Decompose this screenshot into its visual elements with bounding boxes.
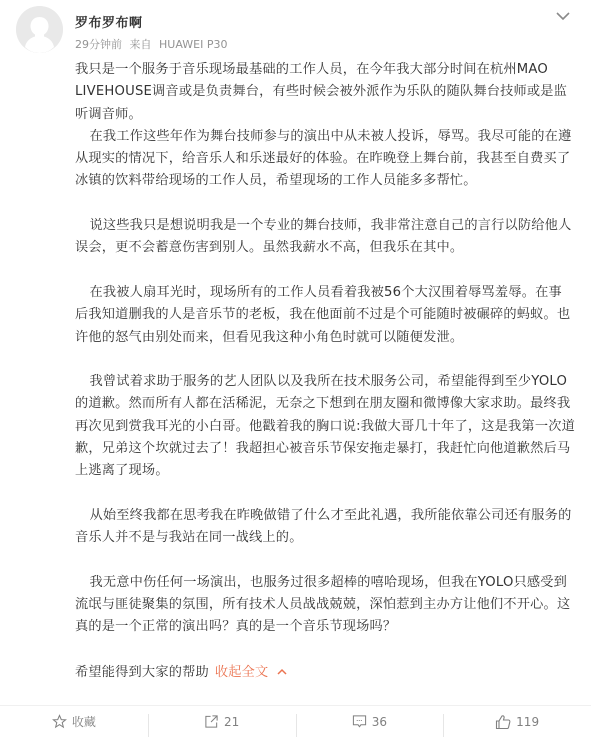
closing-text: 希望能得到大家的帮助 <box>75 665 209 680</box>
comment-button[interactable]: 36 <box>296 706 444 737</box>
more-options-button[interactable] <box>553 8 573 22</box>
favorite-button[interactable]: 收藏 <box>0 706 148 737</box>
paragraph-4: 在我被人扇耳光时，现场所有的工作人员看着我被56个大汉围着辱骂羞辱。在事后我知道… <box>75 282 575 349</box>
post-time: 29分钟前 <box>75 38 122 51</box>
username[interactable]: 罗布罗布啊 <box>75 12 143 31</box>
post-content: 我只是一个服务于音乐现场最基础的工作人员，在今年我大部分时间在杭州MAO LIV… <box>75 59 575 684</box>
star-icon <box>52 714 67 729</box>
closing-line: 希望能得到大家的帮助收起全文 <box>75 661 575 684</box>
chevron-up-icon[interactable] <box>276 661 288 683</box>
share-count: 21 <box>224 715 239 729</box>
action-bar: 收藏 21 36 119 <box>0 705 591 737</box>
paragraph-1: 我只是一个服务于音乐现场最基础的工作人员，在今年我大部分时间在杭州MAO LIV… <box>75 59 575 126</box>
default-avatar-icon <box>16 6 63 53</box>
like-button[interactable]: 119 <box>443 706 591 737</box>
like-count: 119 <box>516 715 539 729</box>
paragraph-6: 从始至终我都在思考我在昨晚做错了什么才至此礼遇，我所能依靠公司还有服务的音乐人并… <box>75 505 575 550</box>
post-meta: 29分钟前 来自 HUAWEI P30 <box>75 36 227 52</box>
favorite-label: 收藏 <box>72 713 96 730</box>
share-icon <box>204 714 219 729</box>
paragraph-7: 我无意中伤任何一场演出，也服务过很多超棒的嘻哈现场，但我在YOLO只感受到流氓与… <box>75 572 575 639</box>
chevron-down-icon <box>553 9 573 23</box>
avatar[interactable] <box>16 6 63 53</box>
share-button[interactable]: 21 <box>148 706 296 737</box>
thumbs-up-icon <box>495 714 511 730</box>
weibo-post: 罗布罗布啊 29分钟前 来自 HUAWEI P30 我只是一个服务于音乐现场最基… <box>0 0 591 737</box>
comment-icon <box>352 714 367 729</box>
source-prefix: 来自 <box>130 38 152 51</box>
paragraph-3: 说这些我只是想说明我是一个专业的舞台技师，我非常注意自己的言行以防给他人误会，更… <box>75 215 575 260</box>
collapse-full-text-link[interactable]: 收起全文 <box>215 665 269 680</box>
paragraph-2: 在我工作这些年作为舞台技师参与的演出中从未被人投诉，辱骂。我尽可能的在遵从现实的… <box>75 126 575 193</box>
comment-count: 36 <box>372 715 387 729</box>
device-name: HUAWEI P30 <box>159 38 227 51</box>
paragraph-5: 我曾试着求助于服务的艺人团队以及我所在技术服务公司，希望能得到至少YOLO的道歉… <box>75 371 575 482</box>
post-header: 罗布罗布啊 29分钟前 来自 HUAWEI P30 <box>0 0 591 56</box>
